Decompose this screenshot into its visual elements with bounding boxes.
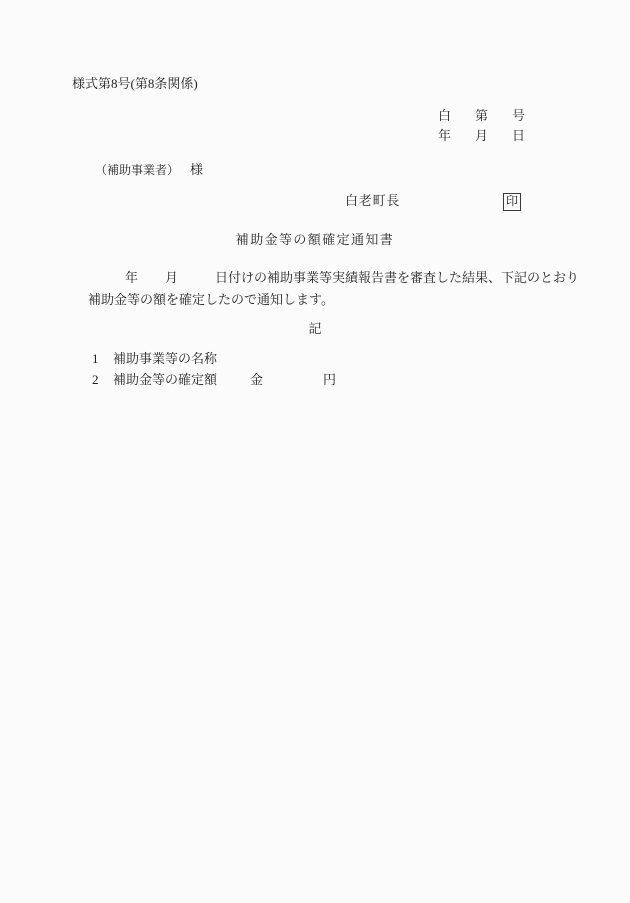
seal-label: 印 xyxy=(506,195,518,209)
body-month-label: 月 xyxy=(165,271,178,286)
date-day-label: 日 xyxy=(512,129,525,144)
item-2-label: 補助金等の確定額 xyxy=(113,373,217,388)
body-line2: 補助金等の額を確定したので通知します。 xyxy=(88,293,334,308)
document-title: 補助金等の額確定通知書 xyxy=(0,233,630,248)
body-year-label: 年 xyxy=(125,271,138,286)
addressee-honorific: 様 xyxy=(190,163,203,178)
item-1-label: 補助事業等の名称 xyxy=(113,352,217,367)
body-line1: 日付けの補助事業等実績報告書を審査した結果、下記のとおり xyxy=(215,271,579,286)
reference-number-line: 白 第 号 xyxy=(438,109,525,124)
record-marker: 記 xyxy=(0,322,630,337)
date-line: 年 月 日 xyxy=(438,129,525,144)
document-page: 様式第8号(第8条関係) 白 第 号 年 月 日 （補助事業者） 様 白老町長 … xyxy=(0,0,630,903)
date-year-label: 年 xyxy=(438,129,451,144)
seal-stamp: 印 xyxy=(503,193,521,211)
sender-title: 白老町長 xyxy=(345,194,400,209)
item-2-number: 2 xyxy=(92,373,99,388)
item-2-amount-unit: 円 xyxy=(323,373,336,388)
date-month-label: 月 xyxy=(475,129,488,144)
item-2-amount-prefix: 金 xyxy=(250,373,263,388)
addressee-placeholder: （補助事業者） xyxy=(95,164,179,178)
form-number: 様式第8号(第8条関係) xyxy=(72,77,198,92)
reference-city-prefix: 白 xyxy=(438,109,451,124)
reference-number-suffix: 号 xyxy=(512,109,525,124)
reference-number-label: 第 xyxy=(475,109,488,124)
item-1-number: 1 xyxy=(92,352,99,367)
